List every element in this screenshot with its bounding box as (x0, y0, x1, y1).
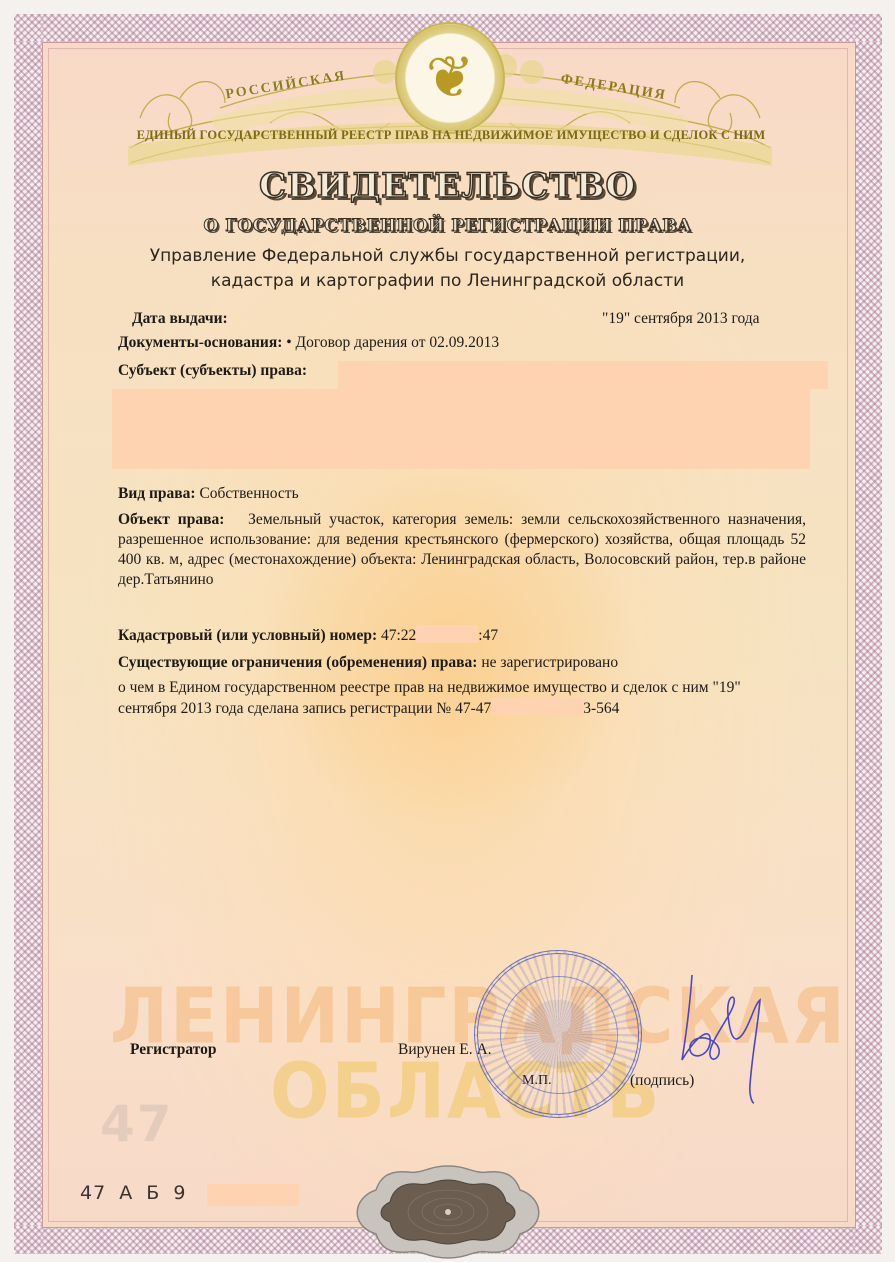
security-rosette (348, 1162, 548, 1262)
cadastral-suffix: :47 (478, 627, 498, 644)
document-subtitle: О ГОСУДАРСТВЕННОЙ РЕГИСТРАЦИИ ПРАВА (0, 216, 895, 236)
right-type-label: Вид права: (118, 485, 196, 502)
emblem-medallion: ❦ (395, 22, 505, 134)
object-label: Объект права: (118, 511, 224, 528)
encumbrance-label: Существующие ограничения (обременения) п… (118, 654, 477, 671)
record-number-prefix: сентября 2013 года сделана запись регист… (118, 700, 491, 717)
serial-number: 47 А Б 9 (80, 1182, 186, 1204)
official-seal-stamp (474, 950, 642, 1118)
serial-prefix: 47 А Б (80, 1182, 160, 1204)
object-of-right: Объект права: Земельный участок, категор… (118, 510, 806, 590)
cadastral-prefix: 47:22 (381, 627, 416, 644)
basis-documents-label: Документы-основания: (118, 334, 282, 351)
redacted-subject-line (338, 361, 828, 389)
seal-inner-ring (500, 976, 618, 1094)
banner-ribbon-text: ЕДИНЫЙ ГОСУДАРСТВЕННЫЙ РЕЕСТР ПРАВ НА НЕ… (126, 128, 776, 143)
redacted-serial (207, 1184, 299, 1206)
redacted-cadastral-part (416, 625, 478, 643)
handwritten-signature (662, 965, 782, 1105)
cadastral-label: Кадастровый (или условный) номер: (118, 627, 377, 644)
double-headed-eagle-icon: ❦ (426, 49, 475, 107)
encumbrance-value: не зарегистрировано (481, 654, 618, 671)
redacted-record-number (491, 698, 583, 716)
record-line-2: сентября 2013 года сделана запись регист… (118, 698, 808, 719)
encumbrances: Существующие ограничения (обременения) п… (118, 653, 618, 673)
issue-date-value: "19" сентября 2013 года (602, 309, 760, 329)
basis-documents: Документы-основания: • Договор дарения о… (118, 333, 499, 353)
right-type: Вид права: Собственность (118, 484, 299, 504)
authority-line-2: кадастра и картографии по Ленинградской … (0, 269, 895, 294)
registrar-label: Регистратор (130, 1040, 217, 1060)
record-number-suffix: 3-564 (583, 700, 619, 717)
document-title: СВИДЕТЕЛЬСТВО (0, 166, 895, 206)
registration-record: о чем в Едином государственном реестре п… (118, 678, 808, 719)
watermark-region-code: 47 (100, 1095, 174, 1153)
cadastral-number: Кадастровый (или условный) номер: 47:22:… (118, 625, 498, 646)
issuing-authority: Управление Федеральной службы государств… (0, 244, 895, 294)
basis-documents-value: • Договор дарения от 02.09.2013 (286, 334, 499, 351)
authority-line-1: Управление Федеральной службы государств… (0, 244, 895, 269)
redacted-subject-block (112, 389, 810, 469)
issue-date-label: Дата выдачи: (132, 309, 228, 329)
subject-label: Субъект (субъекты) права: (118, 361, 307, 381)
record-line-1: о чем в Едином государственном реестре п… (118, 678, 808, 698)
right-type-value: Собственность (199, 485, 298, 502)
serial-number-start: 9 (173, 1182, 186, 1204)
